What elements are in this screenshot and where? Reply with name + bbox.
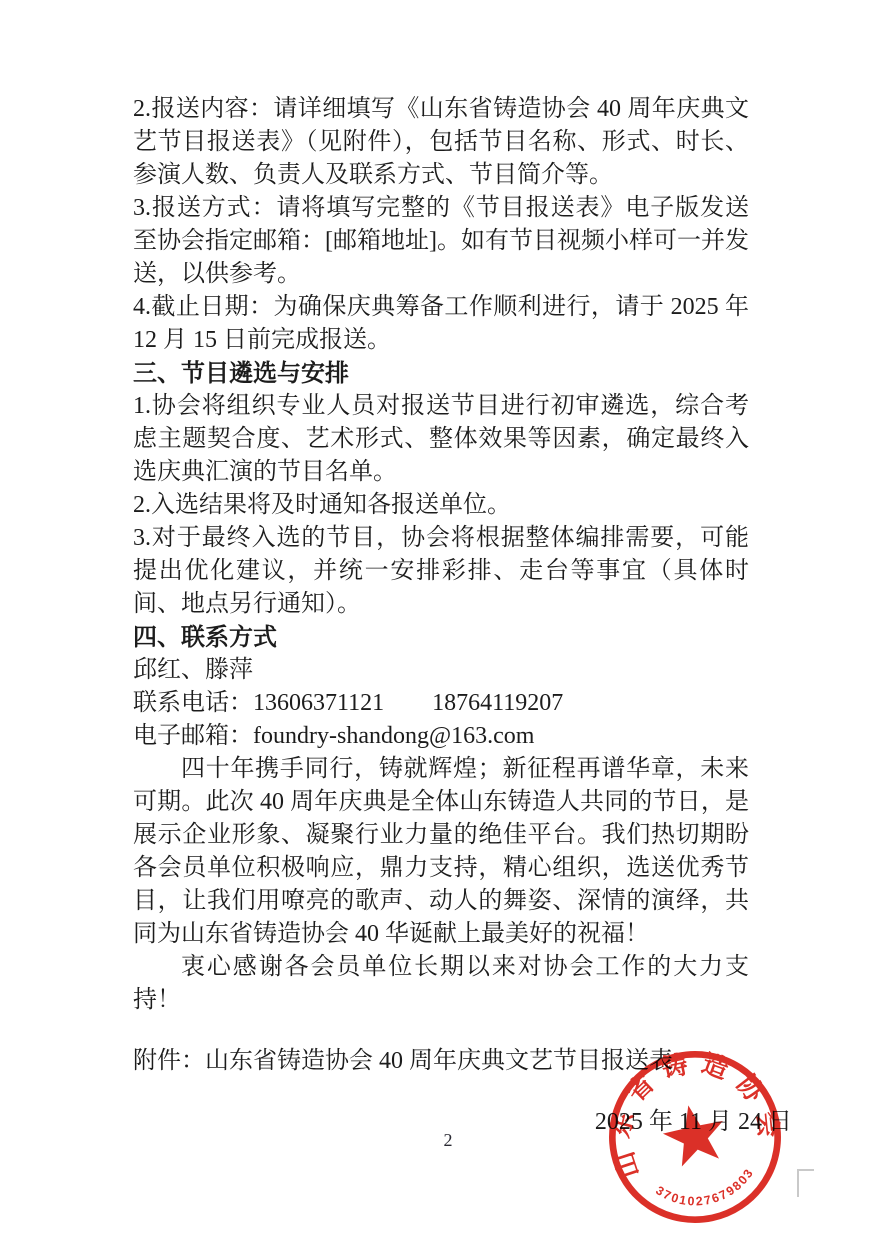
paragraph-selection-3: 3.对于最终入选的节目，协会将根据整体编排需要，可能提出优化建议，并统一安排彩排… — [133, 522, 749, 621]
thanks-line: 衷心感谢各会员单位长期以来对协会工作的大力支持！ — [133, 951, 749, 1017]
document-body: 2.报送内容：请详细填写《山东省铸造协会 40 周年庆典文艺节目报送表》（见附件… — [133, 93, 749, 1078]
section-heading-selection: 三、节目遴选与安排 — [133, 357, 749, 390]
paragraph-deadline: 4.截止日期：为确保庆典筹备工作顺利进行，请于 2025 年 12 月 15 日… — [133, 291, 749, 357]
document-page: 2.报送内容：请详细填写《山东省铸造协会 40 周年庆典文艺节目报送表》（见附件… — [0, 0, 880, 1245]
official-seal: 山东省铸造协会 3701027679803 — [600, 1042, 790, 1232]
paragraph-submit-method: 3.报送方式：请将填写完整的《节目报送表》电子版发送至协会指定邮箱：[邮箱地址]… — [133, 192, 749, 291]
seal-serial-number: 3701027679803 — [651, 1163, 761, 1218]
seal-arc-text: 山东省铸造协会 — [600, 1042, 788, 1182]
crop-corner-mark — [797, 1169, 814, 1197]
paragraph-submit-content: 2.报送内容：请详细填写《山东省铸造协会 40 周年庆典文艺节目报送表》（见附件… — [133, 93, 749, 192]
closing-paragraph: 四十年携手同行，铸就辉煌；新征程再谱华章，未来可期。此次 40 周年庆典是全体山… — [133, 753, 749, 951]
contact-phone: 联系电话：13606371121 18764119207 — [133, 687, 749, 720]
contact-names: 邱红、滕萍 — [133, 654, 749, 687]
contact-email: 电子邮箱：foundry-shandong@163.com — [133, 720, 749, 753]
section-heading-contact: 四、联系方式 — [133, 621, 749, 654]
paragraph-selection-2: 2.入选结果将及时通知各报送单位。 — [133, 489, 749, 522]
paragraph-selection-1: 1.协会将组织专业人员对报送节目进行初审遴选，综合考虑主题契合度、艺术形式、整体… — [133, 390, 749, 489]
star-icon — [658, 1099, 730, 1169]
